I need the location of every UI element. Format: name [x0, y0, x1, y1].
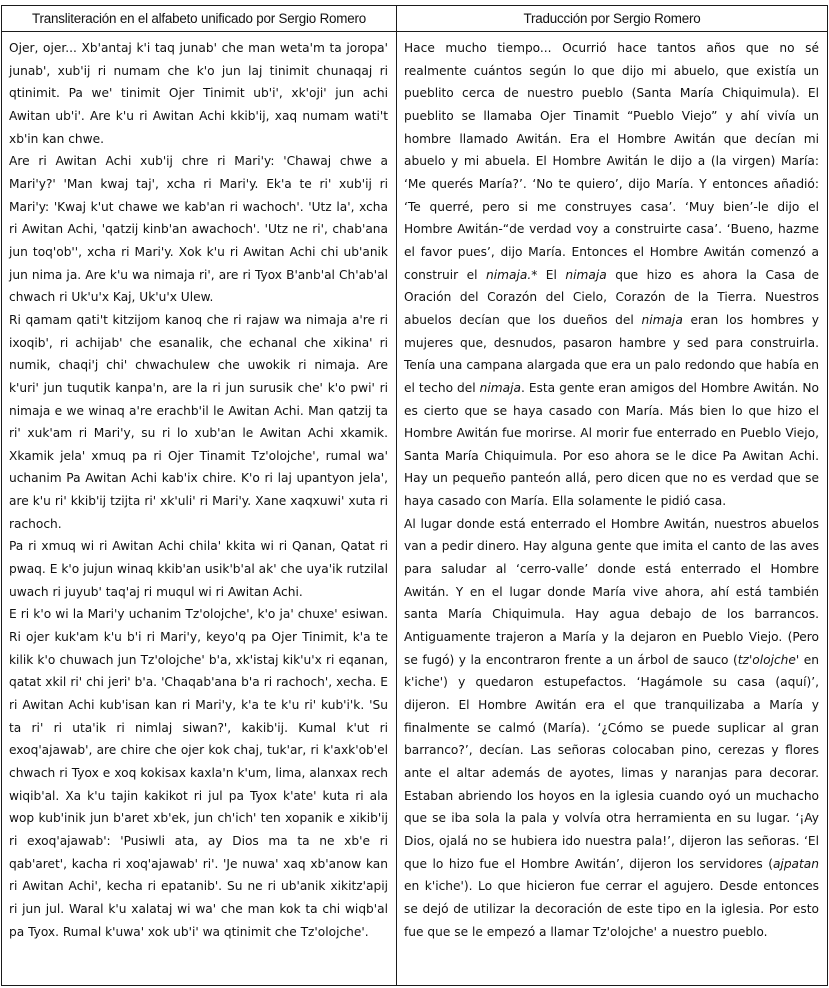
italic-term: tz'olojche': [738, 653, 800, 667]
header-transliteration: Transliteración en el alfabeto unificado…: [2, 6, 397, 32]
bilingual-text-table: Transliteración en el alfabeto unificado…: [1, 5, 828, 986]
text-segment: en k'iche') y quedaron estupefactos. ‘Ha…: [404, 653, 819, 871]
spanish-paragraph-2: Al lugar donde está enterrado el Hombre …: [404, 513, 819, 943]
kiche-paragraph-3: Ri qamam qati't kitzijom kanoq che ri ra…: [9, 309, 388, 536]
italic-term: ajpatan: [773, 857, 819, 871]
kiche-paragraph-1: Ojer, ojer... Xb'antaj k'i taq junab' ch…: [9, 37, 388, 150]
text-segment: * El: [531, 268, 565, 282]
italic-term: nimaja: [641, 313, 682, 327]
italic-term: nimaja.: [486, 268, 531, 282]
kiche-paragraph-4: Pa ri xmuq wi ri Awitan Achi chila' kkit…: [9, 535, 388, 603]
kiche-paragraph-2: Are ri Awitan Achi xub'ij chre ri Mari'y…: [9, 150, 388, 309]
text-segment: Hace mucho tiempo... Ocurrió hace tantos…: [404, 41, 819, 282]
translation-cell: Hace mucho tiempo... Ocurrió hace tantos…: [397, 32, 828, 986]
header-translation: Traducción por Sergio Romero: [397, 6, 828, 32]
table-header-row: Transliteración en el alfabeto unificado…: [2, 6, 828, 32]
spanish-paragraph-1: Hace mucho tiempo... Ocurrió hace tantos…: [404, 37, 819, 513]
italic-term: nimaja: [480, 381, 521, 395]
table-body-row: Ojer, ojer... Xb'antaj k'i taq junab' ch…: [2, 32, 828, 986]
text-segment: Al lugar donde está enterrado el Hombre …: [404, 517, 819, 667]
kiche-paragraph-5: E ri k'o wi la Mari'y uchanim Tz'olojche…: [9, 603, 388, 943]
transliteration-cell: Ojer, ojer... Xb'antaj k'i taq junab' ch…: [2, 32, 397, 986]
text-segment: en k'iche'). Lo que hicieron fue cerrar …: [404, 879, 819, 938]
italic-term: nimaja: [565, 268, 606, 282]
text-segment: . Esta gente eran amigos del Hombre Awit…: [404, 381, 819, 508]
